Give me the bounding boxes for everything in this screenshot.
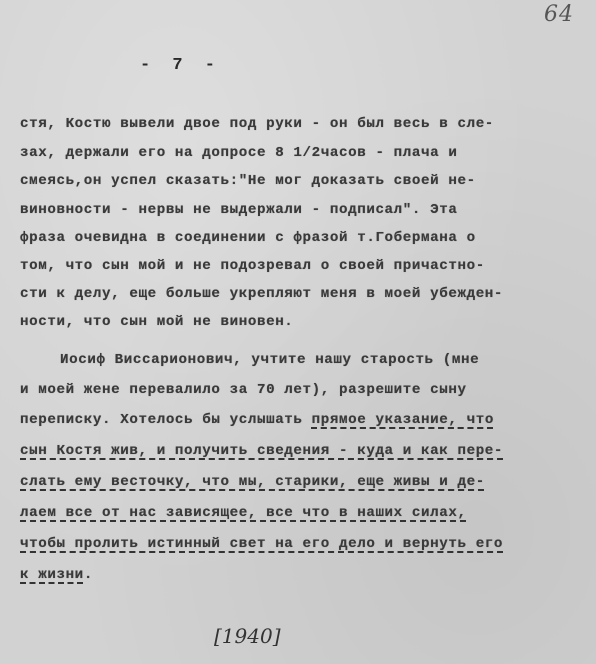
text-line: смеясь,он успел сказать:"Не мог доказать… <box>20 173 476 189</box>
text-line: и моей жене перевалило за 70 лет), разре… <box>20 382 467 398</box>
text-segment: переписку. Хотелось бы услышать <box>20 412 312 428</box>
text-segment: сти к делу, еще больше укрепляют меня в … <box>20 286 503 302</box>
text-line: зах, держали его на допросе 8 1/2часов -… <box>20 145 457 161</box>
text-line: слать ему весточку, что мы, старики, еще… <box>20 474 485 490</box>
text-segment: зах, держали его на допросе 8 1/2часов -… <box>20 145 457 161</box>
text-segment: фраза очевидна в соединении с фразой т.Г… <box>20 230 476 246</box>
text-segment: ности, что сын мой не виновен. <box>20 314 293 330</box>
text-segment: . <box>84 567 93 583</box>
underlined-text: чтобы пролить истинный свет на его дело … <box>20 536 503 552</box>
text-line: сти к делу, еще больше укрепляют меня в … <box>20 286 503 302</box>
text-line: лаем все от нас зависящее, все что в наш… <box>20 505 467 521</box>
text-line: стя, Костю вывели двое под руки - он был… <box>20 116 494 132</box>
text-segment: Иосиф Виссарионович, учтите нашу старост… <box>60 352 479 368</box>
text-line: фраза очевидна в соединении с фразой т.Г… <box>20 230 476 246</box>
underlined-text: к жизни <box>20 567 84 583</box>
text-line: чтобы пролить истинный свет на его дело … <box>20 536 503 552</box>
underlined-text: сын Костя жив, и получить сведения - куд… <box>20 443 503 459</box>
underlined-text: слать ему весточку, что мы, старики, еще… <box>20 474 485 490</box>
archive-date-annotation: [1940] <box>214 624 281 648</box>
text-line: переписку. Хотелось бы услышать прямое у… <box>20 412 494 428</box>
text-segment: смеясь,он успел сказать:"Не мог доказать… <box>20 173 476 189</box>
archive-folio-number: 64 <box>544 2 574 27</box>
text-segment: виновности - нервы не выдержали - подпис… <box>20 202 457 218</box>
page-number: - 7 - <box>140 56 221 75</box>
text-line: ности, что сын мой не виновен. <box>20 314 293 330</box>
text-line: виновности - нервы не выдержали - подпис… <box>20 202 457 218</box>
scanned-document-page: 64 - 7 - стя, Костю вывели двое под руки… <box>0 0 596 664</box>
underlined-text: лаем все от нас зависящее, все что в наш… <box>20 505 467 521</box>
text-line: том, что сын мой и не подозревал о своей… <box>20 258 485 274</box>
text-segment: том, что сын мой и не подозревал о своей… <box>20 258 485 274</box>
text-line: к жизни. <box>20 567 93 583</box>
text-line: Иосиф Виссарионович, учтите нашу старост… <box>60 352 479 368</box>
text-segment: и моей жене перевалило за 70 лет), разре… <box>20 382 467 398</box>
text-segment: стя, Костю вывели двое под руки - он был… <box>20 116 494 132</box>
underlined-text: прямое указание, что <box>312 412 494 428</box>
text-line: сын Костя жив, и получить сведения - куд… <box>20 443 503 459</box>
